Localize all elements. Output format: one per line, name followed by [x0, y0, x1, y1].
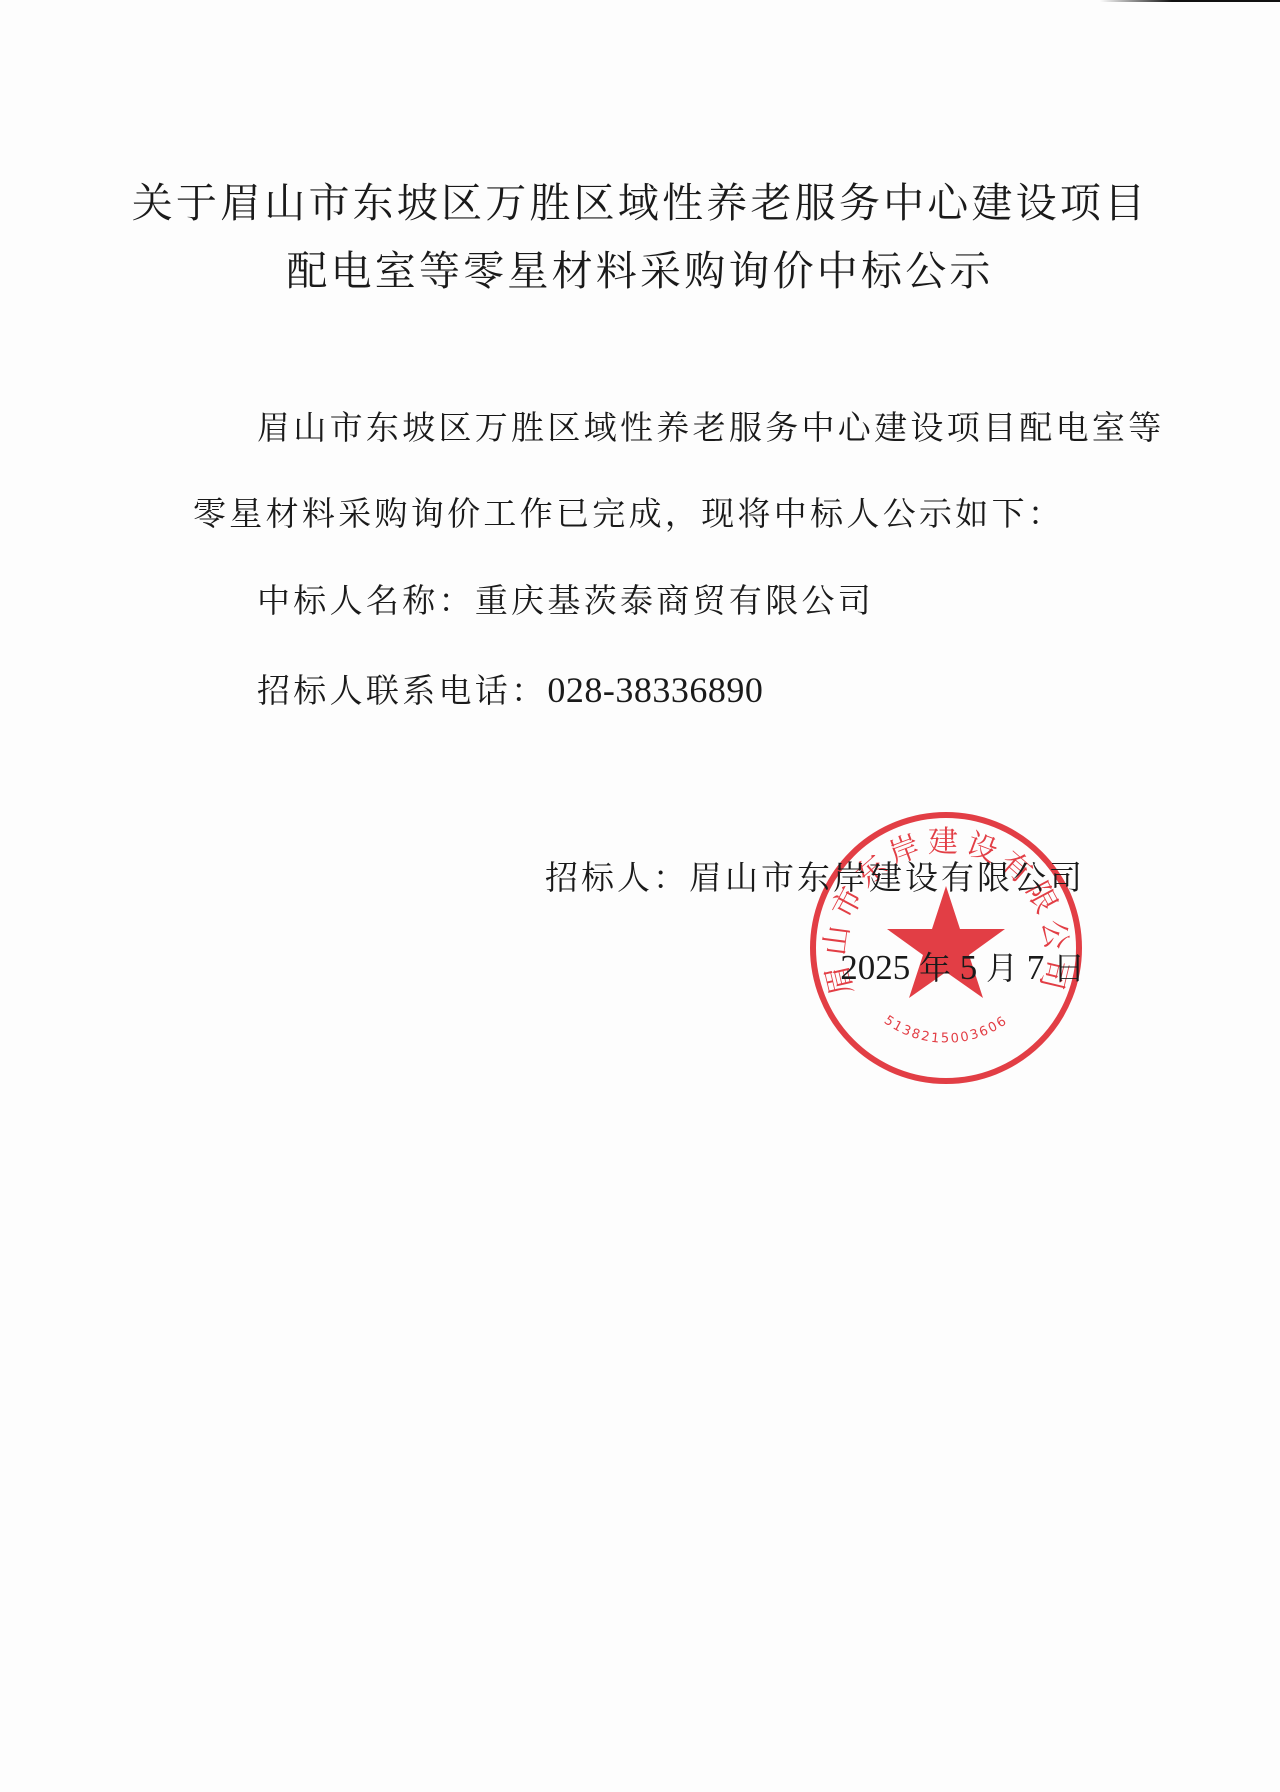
winner-line: 中标人名称：重庆基茨泰商贸有限公司 — [257, 584, 874, 617]
body-paragraph-line-2: 零星材料采购询价工作已完成，现将中标人公示如下： — [193, 497, 1064, 530]
stamp-code-text: 5138215003606 — [881, 1013, 1011, 1047]
date-month: 5 — [960, 948, 978, 987]
date-day-unit: 日 — [1053, 949, 1085, 987]
signature-line: 招标人：眉山市东岸建设有限公司 — [545, 861, 1085, 894]
body-paragraph-line-1: 眉山市东坡区万胜区域性养老服务中心建设项目配电室等 — [257, 411, 1165, 444]
signature-company: 眉山市东岸建设有限公司 — [689, 858, 1085, 897]
svg-text:5138215003606: 5138215003606 — [881, 1013, 1011, 1047]
document-title-line-2: 配电室等零星材料采购询价中标公示 — [0, 251, 1280, 292]
signature-date: 2025 年 5 月 7 日 — [840, 950, 1085, 985]
date-year: 2025 — [840, 948, 910, 987]
winner-name: 重庆基茨泰商贸有限公司 — [475, 581, 874, 620]
phone-line: 招标人联系电话：028-38336890 — [257, 672, 763, 708]
date-month-unit: 月 — [986, 949, 1018, 987]
signature-label: 招标人： — [545, 858, 689, 897]
document-title-line-1: 关于眉山市东坡区万胜区域性养老服务中心建设项目 — [0, 183, 1280, 224]
date-day: 7 — [1027, 948, 1045, 987]
date-year-unit: 年 — [919, 949, 951, 987]
phone-label: 招标人联系电话： — [257, 671, 547, 710]
winner-label: 中标人名称： — [257, 581, 475, 620]
phone-value: 028-38336890 — [547, 670, 763, 710]
scan-edge-line — [1100, 0, 1280, 2]
